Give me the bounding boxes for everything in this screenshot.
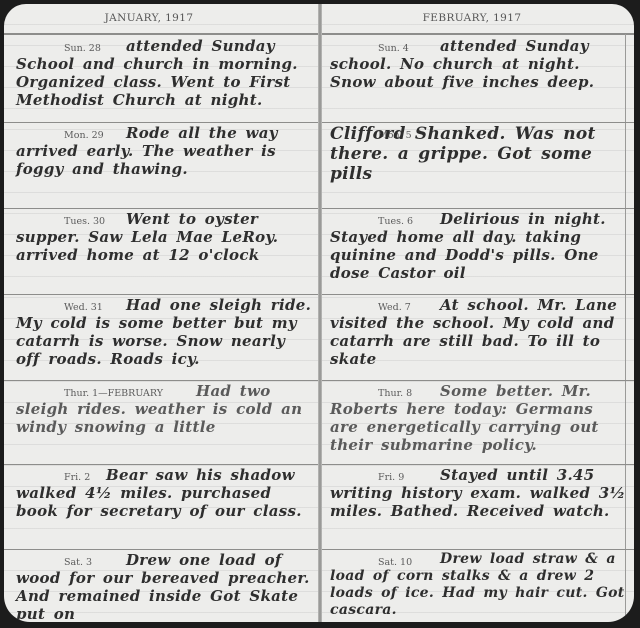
day-divider (322, 380, 634, 381)
handwritten-entry: Drew load straw & a load of corn stalks … (330, 551, 628, 619)
day-divider (4, 464, 318, 465)
handwritten-entry: Had two sleigh rides. weather is cold an… (16, 382, 312, 436)
right-page: FEBRUARY, 1917 Sun. 4 attended Sunday sc… (322, 4, 634, 622)
day-entry: Mon. 5 Clifford Shanked. Was not there. … (322, 122, 634, 208)
day-entry: Fri. 2 Bear saw his shadow walked 4½ mil… (4, 464, 318, 549)
day-divider (4, 549, 318, 550)
handwritten-entry: Stayed until 3.45 writing history exam. … (330, 466, 628, 520)
day-entry: Fri. 9 Stayed until 3.45 writing history… (322, 464, 634, 549)
day-entry: Thur. 1—FEBRUARY Had two sleigh rides. w… (4, 380, 318, 464)
month-header-february: FEBRUARY, 1917 (322, 12, 628, 24)
day-entry: Wed. 31 Had one sleigh ride. My cold is … (4, 294, 318, 380)
day-divider (322, 549, 634, 550)
day-entry: Tues. 6 Delirious in night. Stayed home … (322, 208, 634, 294)
day-divider (4, 122, 318, 123)
handwritten-entry: Bear saw his shadow walked 4½ miles. pur… (16, 466, 312, 520)
day-entry: Sun. 28 attended Sunday School and churc… (4, 35, 318, 122)
handwritten-entry: attended Sunday School and church in mor… (16, 37, 312, 109)
day-divider (322, 208, 634, 209)
handwritten-entry: Clifford Shanked. Was not there. a gripp… (330, 124, 628, 184)
day-entry: Wed. 7 At school. Mr. Lane visited the s… (322, 294, 634, 380)
day-entry: Sat. 3 Drew one load of wood for our ber… (4, 549, 318, 622)
diary-spread: JANUARY, 1917 Sun. 28 attended Sunday Sc… (0, 0, 640, 628)
day-entry: Sun. 4 attended Sunday school. No church… (322, 35, 634, 122)
day-entry: Thur. 8 Some better. Mr. Roberts here to… (322, 380, 634, 464)
handwritten-entry: attended Sunday school. No church at nig… (330, 37, 628, 91)
day-divider (4, 380, 318, 381)
handwritten-entry: Rode all the way arrived early. The weat… (16, 124, 312, 178)
handwritten-entry: Drew one load of wood for our bereaved p… (16, 551, 312, 622)
day-entry: Tues. 30 Went to oyster supper. Saw Lela… (4, 208, 318, 294)
day-entry: Mon. 29 Rode all the way arrived early. … (4, 122, 318, 208)
handwritten-entry: At school. Mr. Lane visited the school. … (330, 296, 628, 368)
handwritten-entry: Went to oyster supper. Saw Lela Mae LeRo… (16, 210, 312, 264)
day-entry: Sat. 10 Drew load straw & a load of corn… (322, 549, 634, 622)
handwritten-entry: Had one sleigh ride. My cold is some bet… (16, 296, 312, 368)
day-divider (322, 122, 634, 123)
day-divider (322, 464, 634, 465)
day-divider (322, 294, 634, 295)
month-header-january: JANUARY, 1917 (4, 12, 306, 24)
handwritten-entry: Some better. Mr. Roberts here today: Ger… (330, 382, 628, 454)
left-page: JANUARY, 1917 Sun. 28 attended Sunday Sc… (4, 4, 318, 622)
day-divider (4, 294, 318, 295)
day-divider (4, 208, 318, 209)
handwritten-entry: Delirious in night. Stayed home all day.… (330, 210, 628, 282)
